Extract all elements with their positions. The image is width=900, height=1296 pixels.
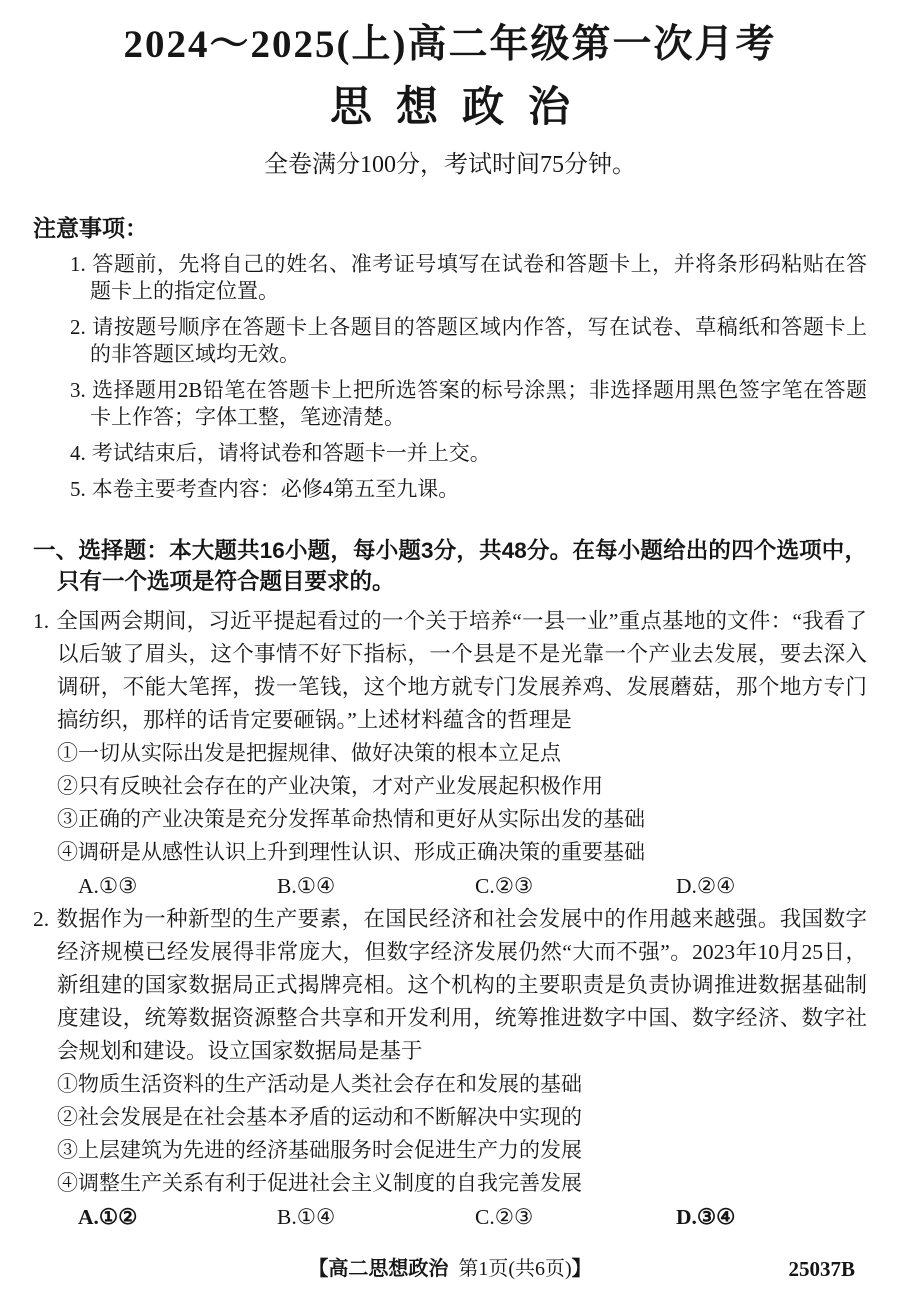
question-1-statement-1: ①一切从实际出发是把握规律、做好决策的根本立足点 [57,737,867,770]
question-1-option-b: B.①④ [277,869,335,903]
footer-paper-code: 25037B [788,1256,855,1282]
notice-item: 5.本卷主要考查内容：必修4第五至九课。 [33,476,867,503]
notice-item: 3.选择题用2B铅笔在答题卡上把所选答案的标号涂黑；非选择题用黑色签字笔在答题卡… [33,377,867,431]
notice-item-text: 选择题用2B铅笔在答题卡上把所选答案的标号涂黑；非选择题用黑色签字笔在答题卡上作… [90,378,867,429]
question-2-option-b: B.①④ [277,1200,335,1234]
question-1-text: 全国两会期间，习近平提起看过的一个关于培养“一县一业”重点基地的文件：“我看了以… [56,609,867,732]
notice-item-text: 本卷主要考查内容：必修4第五至九课。 [92,477,460,501]
notice-item: 4.考试结束后，请将试卷和答题卡一并上交。 [33,440,867,467]
notice-item-number: 1. [70,252,86,276]
notice-item-text: 考试结束后，请将试卷和答题卡一并上交。 [92,441,491,465]
notice-item-number: 5. [70,477,86,501]
page-title: 2024～2025(上)高二年级第一次月考 [33,22,867,68]
question-1-statement-2: ②只有反映社会存在的产业决策，才对产业发展起积极作用 [57,770,867,803]
exam-paper-page: 2024～2025(上)高二年级第一次月考 思想政治 全卷满分100分，考试时间… [0,0,900,1296]
question-2-options-row: A.①② B.①④ C.②③ D.③④ [33,1200,867,1234]
notice-item: 2.请按题号顺序在答题卡上各题目的答题区域内作答，写在试卷、草稿纸和答题卡上的非… [33,314,867,368]
notice-heading: 注意事项： [33,214,867,242]
question-1-option-a: A.①③ [78,869,137,903]
notice-item-text: 请按题号顺序在答题卡上各题目的答题区域内作答，写在试卷、草稿纸和答题卡上的非答题… [90,315,867,366]
exam-info-line: 全卷满分100分，考试时间75分钟。 [33,150,867,180]
notice-item-number: 2. [70,315,86,339]
question-1-statement-4: ④调研是从感性认识上升到理性认识、形成正确决策的重要基础 [57,836,867,869]
question-2-text: 数据作为一种新型的生产要素，在国民经济和社会发展中的作用越来越强。我国数字经济规… [56,907,867,1063]
question-1-stem: 1.全国两会期间，习近平提起看过的一个关于培养“一县一业”重点基地的文件：“我看… [33,605,867,737]
notice-item-number: 4. [70,441,86,465]
question-2: 2.数据作为一种新型的生产要素，在国民经济和社会发展中的作用越来越强。我国数字经… [33,903,867,1234]
footer-bracket-open: 【 [308,1258,328,1280]
question-1: 1.全国两会期间，习近平提起看过的一个关于培养“一县一业”重点基地的文件：“我看… [33,605,867,903]
question-2-number: 2. [33,907,49,931]
question-2-statement-4: ④调整生产关系有利于促进社会主义制度的自我完善发展 [57,1167,867,1200]
question-2-option-d: D.③④ [676,1200,735,1234]
question-1-option-c: C.②③ [475,869,533,903]
notice-item: 1.答题前，先将自己的姓名、准考证号填写在试卷和答题卡上，并将条形码粘贴在答题卡… [33,251,867,305]
section-heading-multiple-choice: 一、选择题：本大题共16小题，每小题3分，共48分。在每小题给出的四个选项中，只… [33,535,867,597]
question-2-statement-2: ②社会发展是在社会基本矛盾的运动和不断解决中实现的 [57,1101,867,1134]
notice-item-number: 3. [70,378,86,402]
question-2-statement-1: ①物质生活资料的生产活动是人类社会存在和发展的基础 [57,1068,867,1101]
notice-item-text: 答题前，先将自己的姓名、准考证号填写在试卷和答题卡上，并将条形码粘贴在答题卡上的… [90,252,867,303]
question-1-statement-3: ③正确的产业决策是充分发挥革命热情和更好从实际出发的基础 [57,803,867,836]
notice-list: 1.答题前，先将自己的姓名、准考证号填写在试卷和答题卡上，并将条形码粘贴在答题卡… [33,251,867,503]
question-2-option-a: A.①② [78,1200,137,1234]
question-1-number: 1. [33,609,49,633]
exam-subject-title: 思想政治 [33,82,867,132]
footer-subject-label: 高二思想政治 [328,1258,448,1280]
page-footer: 【高二思想政治 第1页(共6页)】 [0,1256,900,1282]
question-1-option-d: D.②④ [676,869,735,903]
question-1-options-row: A.①③ B.①④ C.②③ D.②④ [33,869,867,903]
question-2-option-c: C.②③ [475,1200,533,1234]
footer-bracket-close: 】 [572,1258,592,1280]
question-2-stem: 2.数据作为一种新型的生产要素，在国民经济和社会发展中的作用越来越强。我国数字经… [33,903,867,1068]
question-2-statement-3: ③上层建筑为先进的经济基础服务时会促进生产力的发展 [57,1134,867,1167]
footer-page-number: 第1页(共6页) [458,1258,571,1280]
